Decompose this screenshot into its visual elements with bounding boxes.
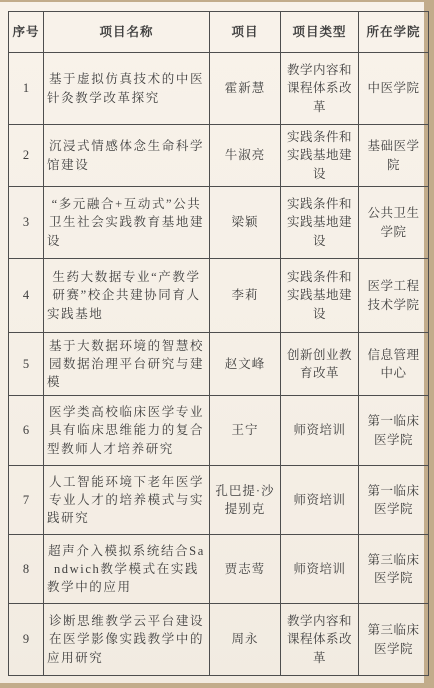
cell-leader: 周永: [210, 604, 281, 676]
cell-project-name: 基于大数据环境的智慧校园数据治理平台研究与建模: [44, 333, 210, 396]
column-header-project-name: 项目名称: [44, 12, 210, 53]
cell-project-type: 创新创业教育改革: [281, 333, 359, 396]
column-header-serial: 序号: [9, 12, 44, 53]
cell-project-type: 教学内容和课程体系改革: [281, 604, 359, 676]
cell-leader: 李莉: [210, 259, 281, 333]
cell-project-type: 师资培训: [281, 466, 359, 535]
table-row: 4 生药大数据专业“产教学研赛”校企共建协同育人实践基地 李莉 实践条件和实践基…: [9, 259, 429, 333]
cell-project-type: 教学内容和课程体系改革: [281, 53, 359, 125]
table-row: 2 沉浸式情感体念生命科学馆建设 牛淑亮 实践条件和实践基地建设 基础医学院: [9, 125, 429, 187]
cell-project-type: 师资培训: [281, 396, 359, 466]
table-row: 5 基于大数据环境的智慧校园数据治理平台研究与建模 赵文峰 创新创业教育改革 信…: [9, 333, 429, 396]
cell-project-type: 师资培训: [281, 535, 359, 604]
cell-serial: 4: [9, 259, 44, 333]
header-row: 序号 项目名称 项目 项目类型 所在学院: [9, 12, 429, 53]
cell-college: 医学工程技术学院: [359, 259, 429, 333]
cell-college: 公共卫生学院: [359, 187, 429, 259]
cell-leader: 牛淑亮: [210, 125, 281, 187]
cell-leader: 霍新慧: [210, 53, 281, 125]
cell-leader: 赵文峰: [210, 333, 281, 396]
cell-serial: 6: [9, 396, 44, 466]
cell-college: 第一临床医学院: [359, 396, 429, 466]
cell-serial: 8: [9, 535, 44, 604]
cell-project-type: 实践条件和实践基地建设: [281, 187, 359, 259]
cell-project-name: 基于虚拟仿真技术的中医针灸教学改革探究: [44, 53, 210, 125]
cell-college: 基础医学院: [359, 125, 429, 187]
cell-project-name: 诊断思维教学云平台建设在医学影像实践教学中的应用研究: [44, 604, 210, 676]
cell-project-name: “多元融合+互动式”公共卫生社会实践教育基地建设: [44, 187, 210, 259]
column-header-leader: 项目: [210, 12, 281, 53]
cell-college: 第三临床医学院: [359, 604, 429, 676]
cell-project-type: 实践条件和实践基地建设: [281, 259, 359, 333]
cell-college: 第三临床医学院: [359, 535, 429, 604]
cell-college: 中医学院: [359, 53, 429, 125]
cell-serial: 9: [9, 604, 44, 676]
scanned-document-page: 序号 项目名称 项目 项目类型 所在学院 1 基于虚拟仿真技术的中医针灸教学改革…: [0, 2, 424, 683]
cell-serial: 7: [9, 466, 44, 535]
table-row: 3 “多元融合+互动式”公共卫生社会实践教育基地建设 梁颖 实践条件和实践基地建…: [9, 187, 429, 259]
table-row: 6 医学类高校临床医学专业具有临床思维能力的复合型教师人才培养研究 王宁 师资培…: [9, 396, 429, 466]
cell-leader: 梁颖: [210, 187, 281, 259]
projects-table: 序号 项目名称 项目 项目类型 所在学院 1 基于虚拟仿真技术的中医针灸教学改革…: [8, 11, 429, 676]
cell-serial: 2: [9, 125, 44, 187]
cell-project-name: 沉浸式情感体念生命科学馆建设: [44, 125, 210, 187]
cell-leader: 贾志莺: [210, 535, 281, 604]
table-row: 8 超声介入模拟系统结合Sandwich教学模式在实践教学中的应用 贾志莺 师资…: [9, 535, 429, 604]
cell-project-name: 医学类高校临床医学专业具有临床思维能力的复合型教师人才培养研究: [44, 396, 210, 466]
cell-college: 信息管理中心: [359, 333, 429, 396]
cell-serial: 1: [9, 53, 44, 125]
column-header-project-type: 项目类型: [281, 12, 359, 53]
cell-serial: 5: [9, 333, 44, 396]
table-row: 1 基于虚拟仿真技术的中医针灸教学改革探究 霍新慧 教学内容和课程体系改革 中医…: [9, 53, 429, 125]
cell-leader: 王宁: [210, 396, 281, 466]
table-row: 7 人工智能环境下老年医学专业人才的培养模式与实践研究 孔巴提·沙提别克 师资培…: [9, 466, 429, 535]
table-row: 9 诊断思维教学云平台建设在医学影像实践教学中的应用研究 周永 教学内容和课程体…: [9, 604, 429, 676]
cell-college: 第一临床医学院: [359, 466, 429, 535]
cell-leader: 孔巴提·沙提别克: [210, 466, 281, 535]
cell-project-name: 生药大数据专业“产教学研赛”校企共建协同育人实践基地: [44, 259, 210, 333]
cell-project-type: 实践条件和实践基地建设: [281, 125, 359, 187]
cell-project-name: 人工智能环境下老年医学专业人才的培养模式与实践研究: [44, 466, 210, 535]
cell-serial: 3: [9, 187, 44, 259]
column-header-college: 所在学院: [359, 12, 429, 53]
cell-project-name: 超声介入模拟系统结合Sandwich教学模式在实践教学中的应用: [44, 535, 210, 604]
